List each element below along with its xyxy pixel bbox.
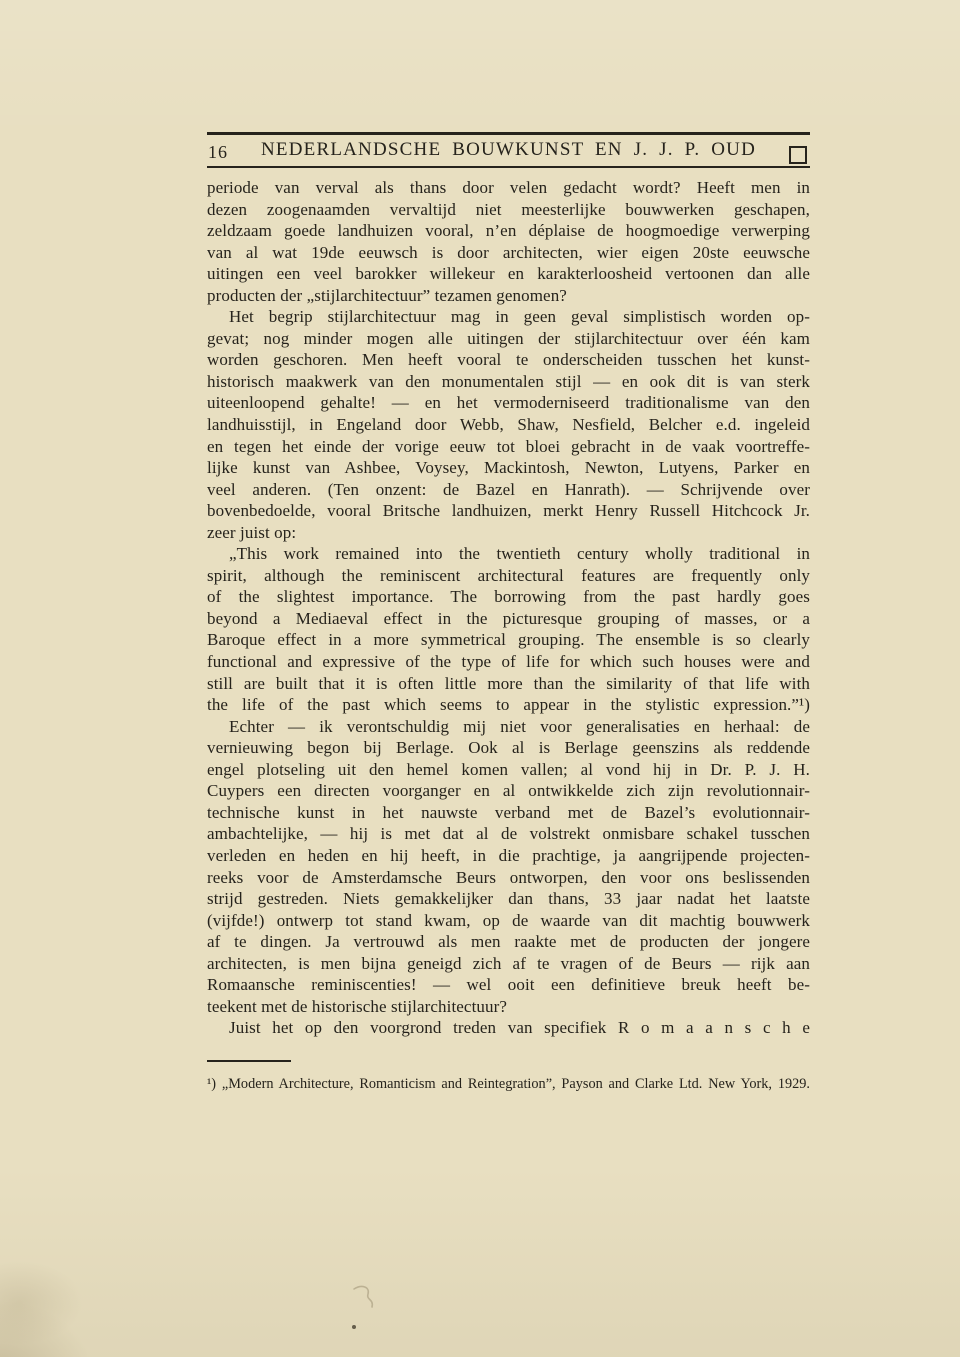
text-line: zeer juist op: <box>207 522 810 544</box>
scan-hair-artifact <box>348 1283 384 1317</box>
page-number: 16 <box>208 142 228 163</box>
text-line: verleden en heden en hij heeft, in die p… <box>207 845 810 867</box>
header-rule-top <box>207 132 810 135</box>
header-rule-bottom <box>207 166 810 168</box>
text-line: functional and expressive of the type of… <box>207 651 810 673</box>
text-line: landhuisstijl, in Engeland door Webb, Sh… <box>207 414 810 436</box>
text-line: Baroque effect in a more symmetrical gro… <box>207 629 810 651</box>
text-line: uitingen een veel barokker willekeur en … <box>207 263 810 285</box>
text-line: spirit, although the reminiscent archite… <box>207 565 810 587</box>
square-marker-icon <box>789 146 807 164</box>
text-line: bovenbedoelde, vooral Britsche landhuize… <box>207 500 810 522</box>
text-line: en tegen het einde der vorige eeuw tot b… <box>207 436 810 458</box>
text-line: (vijfde!) ontwerp tot stand kwam, op de … <box>207 910 810 932</box>
text-line: „This work remained into the twentieth c… <box>207 543 810 565</box>
text-line: architecten, is men bijna geneigd zich a… <box>207 953 810 975</box>
text-line: still are built that it is often little … <box>207 673 810 695</box>
footnote-text: ¹) „Modern Architecture, Romanticism and… <box>207 1075 810 1093</box>
text-line: uiteenloopend gehalte! — en het vermoder… <box>207 392 810 414</box>
text-line: gevat; nog minder mogen alle uitingen de… <box>207 328 810 350</box>
text-line: lijke kunst van Ashbee, Voysey, Mackinto… <box>207 457 810 479</box>
text-line: vernieuwing begon bij Berlage. Ook al is… <box>207 737 810 759</box>
text-line: ambachtelijke, — hij is met dat al de vo… <box>207 823 810 845</box>
text-line: Cuypers een directen voorganger en al on… <box>207 780 810 802</box>
text-line: Echter — ik verontschuldig mij niet voor… <box>207 716 810 738</box>
text-line: the life of the past which seems to appe… <box>207 694 810 716</box>
body-text: periode van verval als thans door velen … <box>207 177 810 1039</box>
text-line: Juist het op den voorgrond treden van sp… <box>207 1017 810 1039</box>
text-line: historisch maakwerk van den monumentalen… <box>207 371 810 393</box>
text-block: 16 NEDERLANDSCHE BOUWKUNST EN J. J. P. O… <box>207 132 810 1093</box>
text-line: veel anderen. (Ten onzent: de Bazel en H… <box>207 479 810 501</box>
text-line: af te dingen. Ja vertrouwd als men raakt… <box>207 931 810 953</box>
page-header: 16 NEDERLANDSCHE BOUWKUNST EN J. J. P. O… <box>207 139 810 164</box>
text-line: periode van verval als thans door velen … <box>207 177 810 199</box>
book-page: 16 NEDERLANDSCHE BOUWKUNST EN J. J. P. O… <box>0 0 960 1357</box>
footnote-rule <box>207 1060 291 1062</box>
text-line: worden geschoren. Men heeft vooral te on… <box>207 349 810 371</box>
text-line: dezen zoogenaamden vervaltijd niet meest… <box>207 199 810 221</box>
running-title: NEDERLANDSCHE BOUWKUNST EN J. J. P. OUD <box>261 139 756 161</box>
text-line: strijd gestreden. Niets gemakkelijker da… <box>207 888 810 910</box>
text-line: producten der „stijlarchitectuur” tezame… <box>207 285 810 307</box>
scan-dot-artifact <box>352 1325 356 1329</box>
text-line: technische kunst in het nauwste verband … <box>207 802 810 824</box>
text-line: zeldzaam goede landhuizen vooral, n’en d… <box>207 220 810 242</box>
text-line: engel plotseling uit den hemel komen val… <box>207 759 810 781</box>
text-line: teekent met de historische stijlarchitec… <box>207 996 810 1018</box>
text-line: Romaansche reminiscenties! — wel ooit ee… <box>207 974 810 996</box>
text-line: reeks voor de Amsterdamsche Beurs ontwor… <box>207 867 810 889</box>
text-line: beyond a Mediaeval effect in the picture… <box>207 608 810 630</box>
text-line: of the slightest importance. The borrowi… <box>207 586 810 608</box>
text-line: Het begrip stijlarchitectuur mag in geen… <box>207 306 810 328</box>
text-line: van al wat 19de eeuwsch is door architec… <box>207 242 810 264</box>
